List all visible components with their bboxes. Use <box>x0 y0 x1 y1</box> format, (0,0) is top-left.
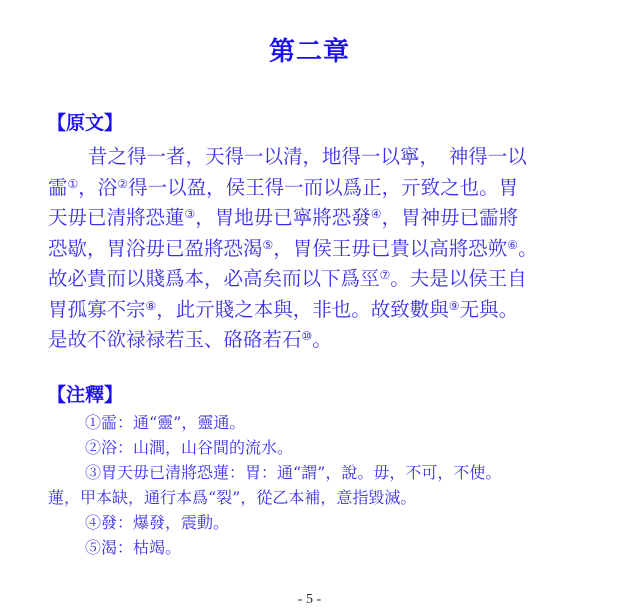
annotation-item: ③胃天毋已清將恐蓮：胃：通“謂”，說。毋，不可，不使。 <box>48 460 588 485</box>
text-run: 胃孤寡不宗 <box>48 298 146 321</box>
page-number: - 5 - <box>0 591 619 608</box>
footnote-marker-5: ⑤ <box>263 238 274 252</box>
annotations-heading: 【注釋】 <box>47 382 123 408</box>
text-run: 霝 <box>48 176 68 199</box>
original-text-body: 昔之得一者，天得一以清，地得一以寧， 神得一以 霝①，浴②得一以盈，侯王得一而以… <box>48 142 588 356</box>
original-text-line: 恐歇，胃浴毋已盈將恐渴⑤，胃侯王毋已貴以高將恐欮⑥。 <box>48 234 588 265</box>
text-run: 恐歇，胃浴毋已盈將恐渴 <box>48 237 263 260</box>
original-text-line: 天毋已清將恐蓮③，胃地毋已寧將恐發④，胃神毋已霝將 <box>48 203 588 234</box>
footnote-marker-2: ② <box>117 177 128 191</box>
text-run: 无與。 <box>460 298 519 321</box>
original-text-heading: 【原文】 <box>47 110 123 136</box>
text-run: 故必貴而以賤爲本，必高矣而以下爲巠 <box>48 267 380 290</box>
text-run: ，此亓賤之本與，非也。故致數與 <box>156 298 449 321</box>
annotation-item: ⑤渴：枯竭。 <box>48 535 588 560</box>
footnote-marker-4: ④ <box>371 207 382 221</box>
text-run: 昔之得一者，天得一以清，地得一以寧， 神得一以 <box>88 145 527 168</box>
original-text-line: 是故不欲禄禄若玉、硌硌若石⑩。 <box>48 325 588 356</box>
annotation-item: ④發：爆發，震動。 <box>48 510 588 535</box>
text-run: 。 <box>518 237 538 260</box>
original-text-line: 胃孤寡不宗⑧，此亓賤之本與，非也。故致數與⑨无與。 <box>48 295 588 326</box>
text-run: ，胃地毋已寧將恐發 <box>195 206 371 229</box>
annotation-item: ②浴：山澗，山谷間的流水。 <box>48 435 588 460</box>
footnote-marker-3: ③ <box>185 207 196 221</box>
footnote-marker-7: ⑦ <box>380 268 391 282</box>
footnote-marker-1: ① <box>68 177 79 191</box>
text-run: 天毋已清將恐蓮 <box>48 206 185 229</box>
text-run: ，浴 <box>78 176 117 199</box>
text-run: ，胃侯王毋已貴以高將恐欮 <box>273 237 507 260</box>
footnote-marker-10: ⑩ <box>302 329 313 343</box>
text-run: 。 <box>312 328 332 351</box>
original-text-line: 故必貴而以賤爲本，必高矣而以下爲巠⑦。夫是以侯王自 <box>48 264 588 295</box>
text-run: 得一以盈，侯王得一而以爲正，亓致之也。胃 <box>128 176 518 199</box>
text-run: 。夫是以侯王自 <box>390 267 527 290</box>
chapter-title: 第二章 <box>0 34 619 70</box>
footnote-marker-9: ⑨ <box>449 299 460 313</box>
text-run: ，胃神毋已霝將 <box>382 206 519 229</box>
original-text-line: 昔之得一者，天得一以清，地得一以寧， 神得一以 <box>48 142 588 173</box>
annotation-item-continuation: 蓮，甲本缺，通行本爲“裂”，從乙本補，意指毀滅。 <box>48 485 588 510</box>
footnote-marker-6: ⑥ <box>507 238 518 252</box>
original-text-line: 霝①，浴②得一以盈，侯王得一而以爲正，亓致之也。胃 <box>48 173 588 204</box>
annotation-item: ①霝：通“靈”，靈通。 <box>48 410 588 435</box>
footnote-marker-8: ⑧ <box>146 299 157 313</box>
annotations-list: ①霝：通“靈”，靈通。 ②浴：山澗，山谷間的流水。 ③胃天毋已清將恐蓮：胃：通“… <box>48 410 588 560</box>
text-run: 是故不欲禄禄若玉、硌硌若石 <box>48 328 302 351</box>
